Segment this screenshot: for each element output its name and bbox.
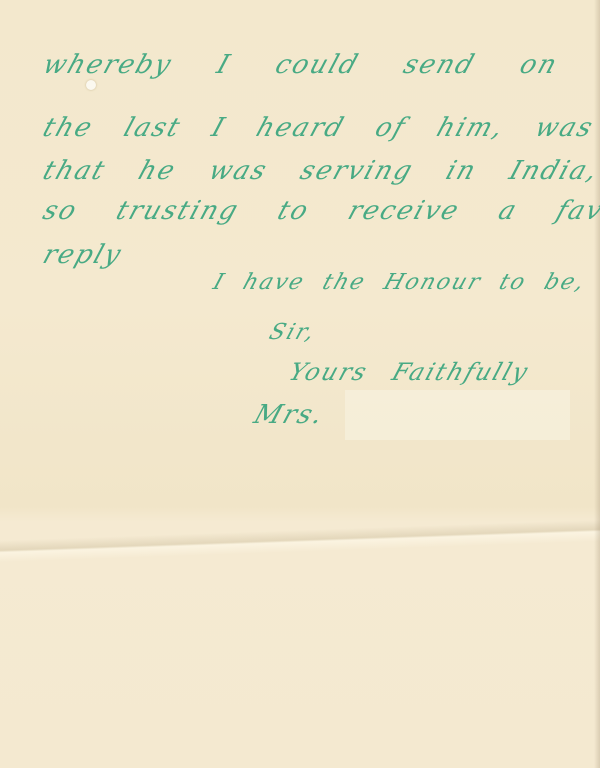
paper-hole [86, 80, 96, 90]
letter-line-4: so trusting to receive a favourable [39, 196, 600, 226]
salutation: Sir, [266, 320, 319, 345]
letter-line-2: the last I heard of him, was [39, 113, 598, 143]
valediction: Yours Faithfully [285, 358, 533, 386]
letter-line-3: that he was serving in India, [39, 156, 600, 186]
redacted-signature-area [345, 390, 570, 440]
letter-line-5: reply [39, 240, 126, 270]
letter-page: whereby I could send on but the last I h… [0, 0, 600, 768]
letter-line-1: whereby I could send on but [39, 50, 600, 80]
signature: Mrs. [250, 400, 328, 430]
closing-line: I have the Honour to be, [210, 270, 589, 295]
paper-fold [0, 520, 600, 563]
